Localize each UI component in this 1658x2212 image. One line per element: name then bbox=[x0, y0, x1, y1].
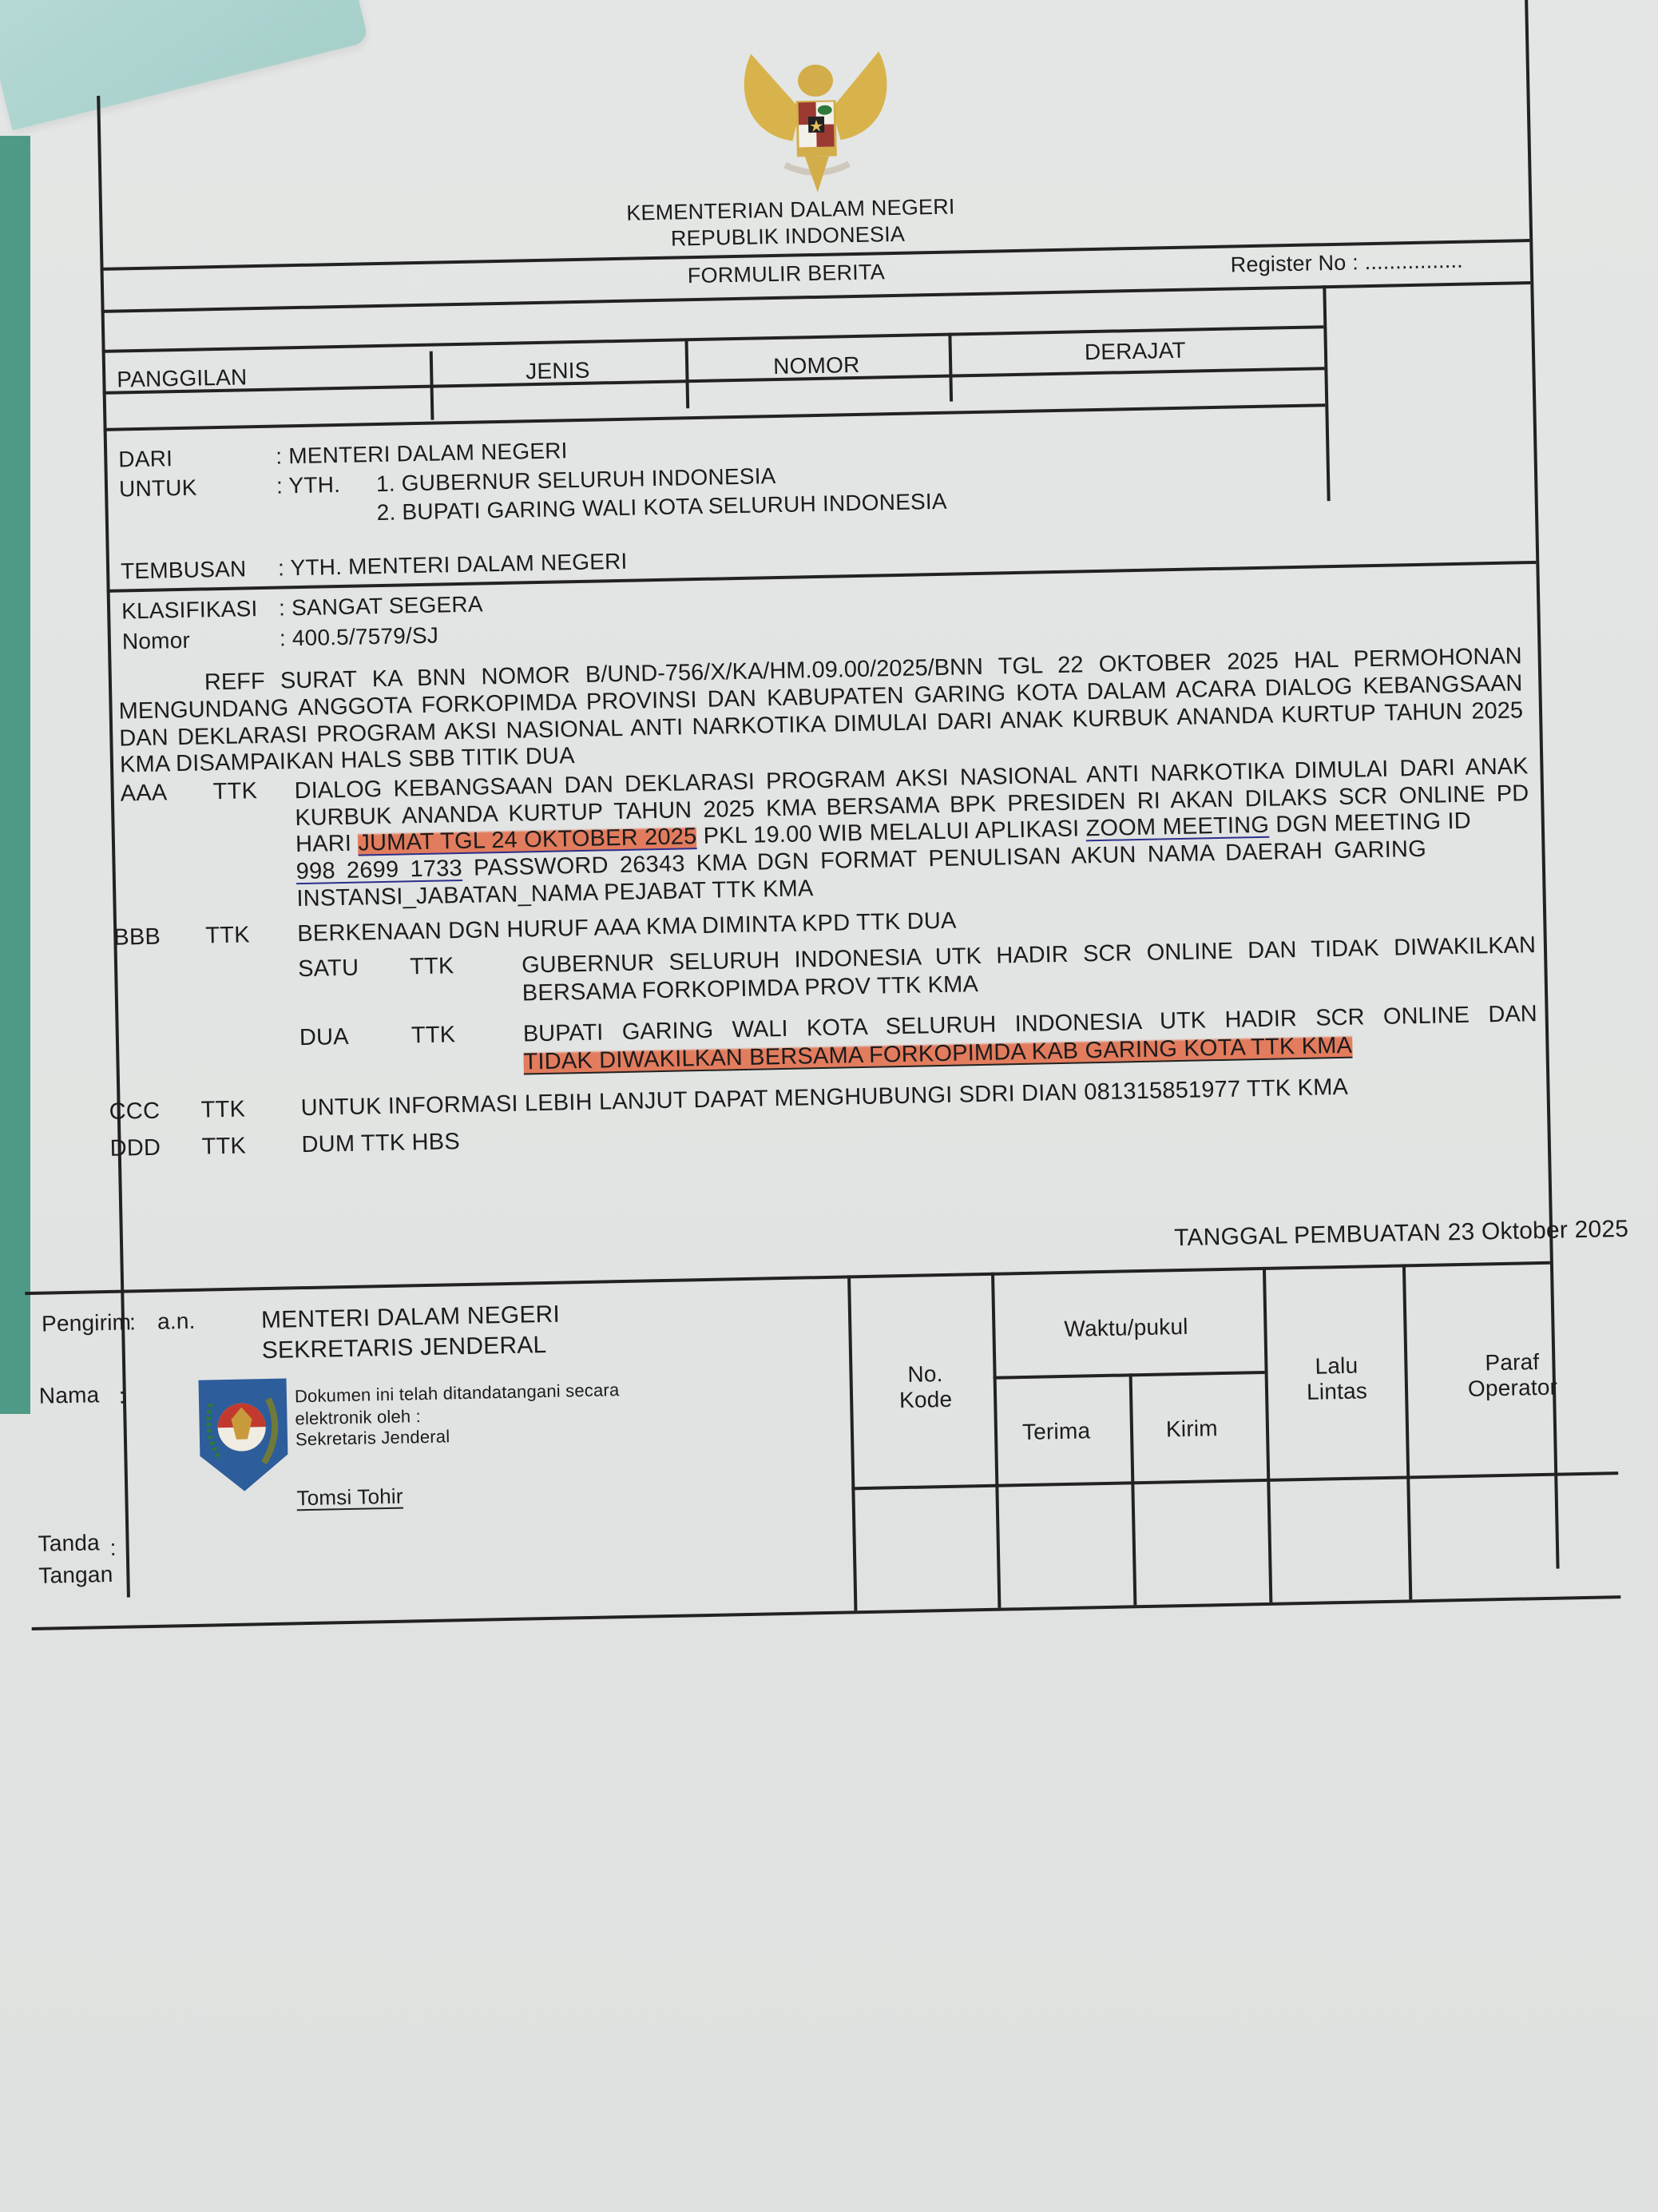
kirim-cell[interactable] bbox=[1132, 1483, 1267, 1603]
terima-header: Terima bbox=[1022, 1418, 1091, 1445]
klasifikasi-label: KLASIFIKASI bbox=[121, 596, 258, 624]
satu-ttk: TTK bbox=[410, 953, 454, 980]
dari-label: DARI bbox=[118, 446, 173, 472]
paraf-operator-header: ParafOperator bbox=[1448, 1348, 1577, 1402]
lalu-text: Lalu bbox=[1315, 1353, 1358, 1379]
pengirim-line-2: SEKRETARIS JENDERAL bbox=[261, 1332, 546, 1364]
signer-name: Tomsi Tohir bbox=[296, 1484, 403, 1511]
country-name: REPUBLIK INDONESIA bbox=[671, 222, 906, 252]
kode-text: Kode bbox=[899, 1387, 953, 1412]
ministry-name: KEMENTERIAN DALAM NEGERI bbox=[626, 194, 955, 225]
satu-label: SATU bbox=[298, 955, 359, 983]
bbb-text: BERKENAAN DGN HURUF AAA KMA DIMINTA KPD … bbox=[297, 908, 957, 948]
col-nomor: NOMOR bbox=[773, 352, 860, 379]
formulir-berita: KEMENTERIAN DALAM NEGERI REPUBLIK INDONE… bbox=[96, 17, 1658, 1581]
untuk-label: UNTUK bbox=[119, 475, 197, 502]
kemendagri-logo-icon bbox=[194, 1374, 292, 1495]
creation-date: TANGGAL PEMBUATAN 23 Oktober 2025 bbox=[1174, 1216, 1629, 1252]
ccc-ttk: TTK bbox=[200, 1097, 245, 1124]
aaa-ttk: TTK bbox=[212, 778, 257, 805]
lalu-lintas-cell[interactable] bbox=[1268, 1479, 1407, 1600]
tanda-label: Tanda bbox=[38, 1530, 100, 1557]
divider bbox=[103, 367, 1325, 395]
paraf-text: Paraf bbox=[1485, 1349, 1540, 1375]
col-jenis: JENIS bbox=[526, 358, 590, 385]
pengirim-line-1: MENTERI DALAM NEGERI bbox=[261, 1301, 561, 1335]
divider bbox=[684, 340, 689, 408]
tembusan-value: : YTH. MENTERI DALAM NEGERI bbox=[278, 549, 628, 582]
nomor-value: : 400.5/7579/SJ bbox=[280, 623, 439, 652]
waktu-pukul-header: Waktu/pukul bbox=[1064, 1314, 1188, 1342]
terima-cell[interactable] bbox=[997, 1485, 1132, 1606]
signer-name-text: Tomsi Tohir bbox=[296, 1484, 403, 1511]
nomor-label: Nomor bbox=[122, 628, 191, 655]
tangan-label: Tangan bbox=[38, 1562, 113, 1589]
untuk-item-1: 1. GUBERNUR SELURUH INDONESIA bbox=[376, 463, 776, 497]
dari-value: : MENTERI DALAM NEGERI bbox=[276, 438, 568, 469]
ddd-text: DUM TTK HBS bbox=[301, 1129, 460, 1158]
frame-left bbox=[97, 96, 130, 1598]
bbb-ttk: TTK bbox=[205, 922, 250, 949]
no-kode-cell[interactable] bbox=[853, 1488, 995, 1609]
garuda-emblem-icon bbox=[719, 35, 914, 199]
divider bbox=[32, 1595, 1621, 1630]
untuk-prefix: : YTH. bbox=[276, 472, 341, 499]
register-value[interactable]: ................ bbox=[1364, 248, 1463, 274]
aaa-label: AAA bbox=[120, 780, 167, 807]
lintas-text: Lintas bbox=[1307, 1378, 1368, 1404]
register-label-text: Register No : bbox=[1230, 250, 1359, 276]
ddd-ttk: TTK bbox=[201, 1134, 246, 1161]
register-label: Register No : ................ bbox=[1230, 248, 1463, 278]
esign-line-1: Dokumen ini telah ditandatangani secara bbox=[295, 1380, 620, 1407]
aaa-meeting-id-label: DGN MEETING ID bbox=[1275, 808, 1471, 838]
no-kode-header: No.Kode bbox=[885, 1360, 966, 1413]
aaa-hari: HARI bbox=[296, 831, 352, 857]
dua-label: DUA bbox=[299, 1024, 349, 1051]
paraf-operator-cell[interactable] bbox=[1408, 1475, 1618, 1598]
meeting-id: 998 2699 1733 bbox=[296, 856, 462, 884]
document-sheet: KEMENTERIAN DALAM NEGERI REPUBLIK INDONE… bbox=[0, 0, 1658, 2212]
esign-line-3: Sekretaris Jenderal bbox=[296, 1426, 450, 1450]
dua-ttk: TTK bbox=[411, 1022, 456, 1049]
no-text: No. bbox=[907, 1361, 943, 1387]
tanda-colon: : bbox=[109, 1535, 117, 1561]
klasifikasi-value: : SANGAT SEGERA bbox=[279, 591, 483, 621]
lalu-lintas-header: LaluLintas bbox=[1296, 1352, 1377, 1405]
divider bbox=[101, 281, 1531, 313]
col-derajat: DERAJAT bbox=[1085, 338, 1187, 366]
ccc-text: UNTUK INFORMASI LEBIH LANJUT DAPAT MENGH… bbox=[300, 1074, 1348, 1122]
pengirim-an: a.n. bbox=[157, 1309, 196, 1335]
ddd-label: DDD bbox=[109, 1135, 161, 1162]
tembusan-label: TEMBUSAN bbox=[121, 556, 247, 584]
divider bbox=[25, 1261, 1550, 1295]
divider bbox=[104, 403, 1326, 431]
bbb-label: BBB bbox=[113, 924, 161, 951]
divider bbox=[948, 333, 953, 402]
ccc-label: CCC bbox=[109, 1098, 160, 1126]
esign-line-2: elektronik oleh : bbox=[295, 1406, 421, 1429]
kirim-header: Kirim bbox=[1166, 1416, 1218, 1442]
divider bbox=[1323, 285, 1330, 501]
underlined-zoom-meeting: ZOOM MEETING bbox=[1085, 812, 1269, 842]
operator-text: Operator bbox=[1468, 1375, 1558, 1401]
frame-right bbox=[1525, 0, 1560, 1569]
pengirim-label: Pengirim bbox=[42, 1309, 132, 1336]
nama-colon: : bbox=[119, 1384, 126, 1409]
form-title: FORMULIR BERITA bbox=[688, 260, 886, 288]
pengirim-colon: : bbox=[129, 1309, 137, 1335]
nama-label: Nama bbox=[39, 1382, 100, 1409]
